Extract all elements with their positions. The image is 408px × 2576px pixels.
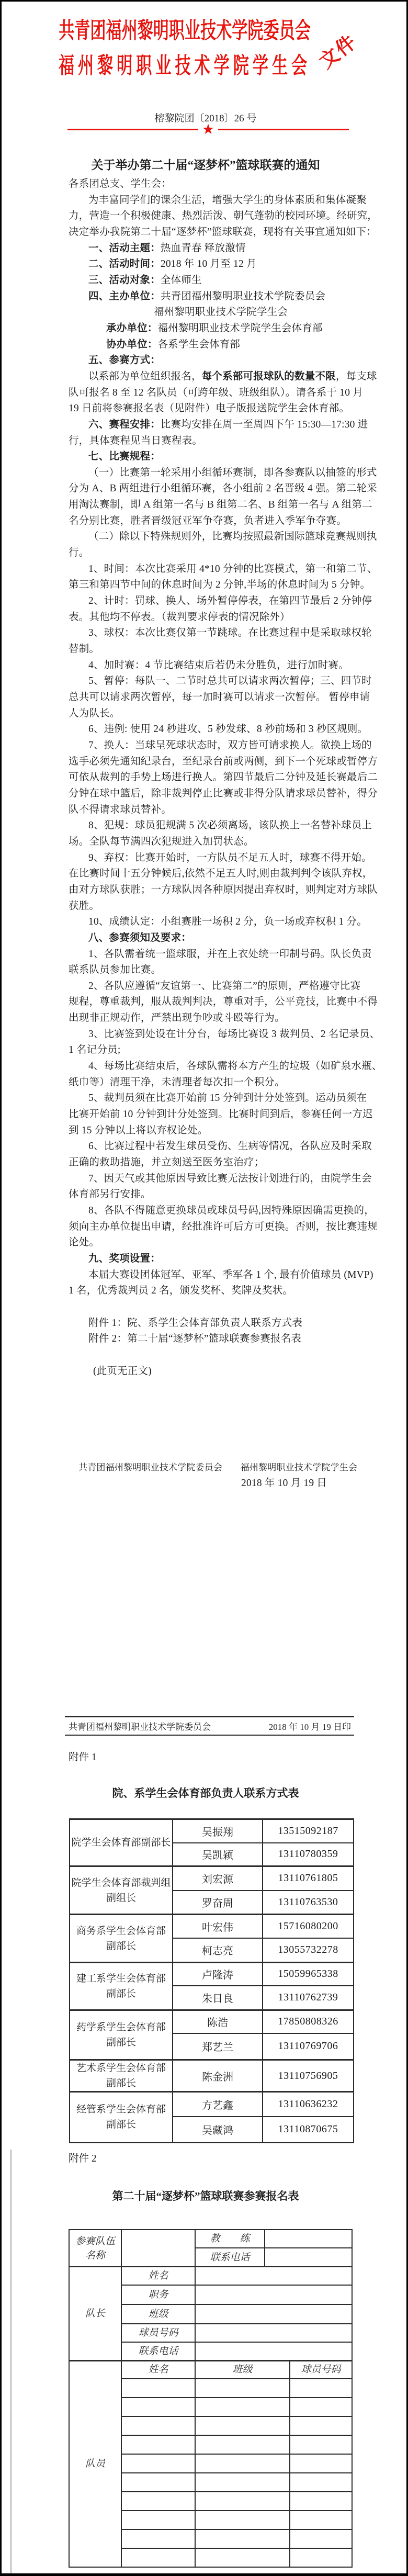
body-text: （二）除以下特殊规则外，比赛均按照最新国际篮球竞赛规则执	[88, 531, 377, 542]
body-text: 正确的救助措施，并立刻送至医务室治疗；	[69, 1157, 264, 1168]
contact-name: 郑艺兰	[173, 2033, 263, 2060]
body-text-bold: 八、参赛须知及要求：	[88, 932, 191, 943]
body-text: 4、加时赛：4 节比赛结束后若仍未分胜负，进行加时赛。	[88, 660, 349, 671]
body-line: 须向主办单位提出申请，经批准许可后方可更换。否则，按比赛违规	[69, 1219, 355, 1235]
body-line: 九、奖项设置：	[69, 1251, 355, 1267]
footer-print-date: 2018 年 10 月 19 日印	[269, 1719, 351, 1733]
contact-row: 艺术系学生会体育部 副部长陈金洲13110756905	[70, 2060, 354, 2092]
contact-name: 卢隆涛	[173, 1963, 263, 1986]
body-line: 纸巾等）清理干净，未清理者每次扣一个积分。	[69, 1075, 355, 1091]
team-name-label: 参赛队伍 名称	[69, 2230, 121, 2267]
body-line: （二）除以下特殊规则外，比赛均按照最新国际篮球竞赛规则执	[69, 529, 355, 545]
body-text: 19 日前将参赛报名表（见附件）电子版报送院学生会体育部。	[69, 403, 349, 414]
body-line	[69, 1347, 355, 1364]
document-title: 关于举办第二十届“逐梦杯”篮球联赛的通知	[2, 155, 408, 173]
member-number-blank	[290, 2398, 352, 2416]
body-text: 2、各队应遵循“友谊第一、比赛第二”的原则，严格遵守比赛	[88, 981, 360, 992]
body-text: 人为队长。	[69, 708, 120, 719]
page-footer: 共青团福州黎明职业技术学院委员会 2018 年 10 月 19 日印	[65, 1716, 354, 1736]
body-text: 5、裁判员须在比赛开始前 15 分钟到计分处签到。运动员须在	[88, 1093, 367, 1104]
body-line: 到 15 分钟以上将以弃权论处。	[69, 1123, 355, 1139]
member-class-blank	[195, 2454, 290, 2473]
captain-field-label: 球员号码	[121, 2324, 195, 2342]
member-name-blank	[121, 2454, 195, 2473]
body-text: 5、暂停：每队一、二节时总共可以请求两次暂停；三、四节时	[88, 676, 372, 687]
body-line: 以系部为单位组织报名，每个系部可报球队的数量不限，每支球	[69, 369, 355, 385]
body-text: 共青团福州黎明职业技术学院委员会	[161, 291, 325, 302]
body-text: 须向主办单位提出申请，经批准许可后方可更换。否则，按比赛违规	[69, 1221, 378, 1232]
body-line: 决定举办我院第二十届“逐梦杯”篮球联赛，现将有关事宜通知如下：	[69, 224, 355, 241]
contact-role: 艺术系学生会体育部 副部长	[70, 2060, 173, 2092]
registration-form-body: 参赛队伍 名称教 练联系电话队长姓名职务班级球员号码联系电话队员姓名班级球员号码	[69, 2230, 352, 2567]
body-line: 表。其他均不停表。（裁判要求停表的情况除外）	[69, 610, 355, 626]
member-number-blank	[290, 2548, 352, 2567]
captain-field-blank	[195, 2285, 352, 2304]
body-text: 1 名记分员;	[69, 1044, 120, 1055]
body-line: 5、裁判员须在比赛开始前 15 分钟到计分处签到。运动员须在	[69, 1090, 355, 1107]
contact-name: 朱日良	[173, 1986, 263, 2010]
body-text-bold: 协办单位：	[106, 339, 158, 350]
contact-table: 院学生会体育部副部长吴振翔13515092187吴凯颖13110780359院学…	[69, 1818, 354, 2143]
contact-phone: 15716080200	[263, 1915, 354, 1938]
body-text: 6、违例: 使用 24 秒进攻、5 秒发球、8 秒前场和 3 秒区规则。	[88, 724, 368, 735]
body-line: 6、违例: 使用 24 秒进攻、5 秒发球、8 秒前场和 3 秒区规则。	[69, 722, 355, 738]
body-line: 7、换人：当球呈死球状态时，双方皆可请求换人。欲换上场的	[69, 738, 355, 754]
body-text: 行。	[69, 547, 89, 558]
body-line: 附件 1：院、系学生会体育部负责人联系方式表	[69, 1315, 355, 1332]
body-text: 力，营造一个积极健康、热烈活泼、朝气蓬勃的校园环境。经研究，	[69, 210, 378, 221]
member-name-blank	[121, 2379, 195, 2398]
body-line: 4、每场比赛结束后，各球队需将本方产生的垃圾（如矿泉水瓶、	[69, 1059, 355, 1075]
body-text: 为丰富同学们的课余生活，增强大学生的身体素质和集体凝聚	[88, 195, 367, 206]
body-text-bold: 七、比赛规程：	[88, 451, 161, 462]
body-line	[69, 1299, 355, 1315]
body-text: 第三和第四节中间的休息时间为 2 分钟,半场的休息时间为 5 分钟。	[69, 579, 370, 590]
body-line: 3、球权：本次比赛仅第一节跳球。在比赛过程中是采取球权轮	[69, 625, 355, 642]
body-line: 队不得请求球员替补。	[69, 802, 355, 818]
contact-phone: 13110761805	[263, 1866, 354, 1891]
body-line: 队可报名 8 至 12 名队员（可跨年级、班级组队）。请各系于 10 月	[69, 385, 355, 401]
body-line: 一、活动主题：热血青春 释放激情	[69, 241, 355, 257]
member-name-blank	[121, 2473, 195, 2492]
contact-name: 吴凯颖	[173, 1843, 263, 1866]
body-line: 承办单位：福州黎明职业技术学院学生会体育部	[69, 321, 355, 337]
body-text: 3、球权：本次比赛仅第一节跳球。在比赛过程中是采取球权轮	[88, 627, 372, 638]
body-text: (此页无正文)	[93, 1366, 152, 1377]
footer-rule-bottom	[65, 1735, 354, 1736]
contact-name: 吴藏鸿	[173, 2117, 263, 2143]
member-class-blank	[195, 2435, 290, 2454]
body-line: (此页无正文)	[69, 1364, 355, 1380]
scanned-official-document: 共青团福州黎明职业技术学院委员会 福州黎明职业技术学院学生会 文件 榕黎院团〔2…	[0, 0, 408, 2576]
body-line: 6、比赛过程中若发生球员受伤、生病等情况，各队应及时采取	[69, 1139, 355, 1155]
member-col-name: 姓名	[121, 2360, 195, 2379]
body-line: 七、比赛规程：	[69, 449, 355, 465]
coach-label: 教 练	[195, 2230, 265, 2248]
member-class-blank	[195, 2398, 290, 2416]
body-line: 八、参赛须知及要求：	[69, 930, 355, 947]
member-number-blank	[290, 2473, 352, 2492]
body-text: 队不得请求球员替补。	[69, 804, 172, 815]
body-text: 各系学生会体育部	[158, 339, 241, 350]
body-line: 各系团总支、学生会：	[69, 176, 355, 193]
body-line	[69, 1412, 355, 1428]
contact-name: 陈浩	[173, 2010, 263, 2033]
attachment1-label: 附件 1	[69, 1749, 97, 1763]
member-number-blank	[290, 2529, 352, 2548]
contact-role: 建工系学生会体育部 副部长	[70, 1963, 173, 2010]
member-number-blank	[290, 2416, 352, 2435]
body-text: 共青团福州黎明职业技术学院委员会 福州黎明职业技术学院学生会	[78, 1463, 357, 1472]
body-line: 为丰富同学们的课余生活，增强大学生的身体素质和集体凝聚	[69, 193, 355, 209]
member-class-blank	[195, 2511, 290, 2529]
body-line: 第三和第四节中间的休息时间为 2 分钟,半场的休息时间为 5 分钟。	[69, 577, 355, 593]
contact-phone: 13110780359	[263, 1843, 354, 1866]
red-letterhead: 共青团福州黎明职业技术学院委员会 福州黎明职业技术学院学生会	[2, 13, 368, 80]
contact-name: 柯志亮	[173, 1938, 263, 1963]
body-line: 获胜。	[69, 898, 355, 915]
captain-field-blank	[195, 2342, 352, 2360]
body-line: 五、参赛方式：	[69, 353, 355, 369]
body-text: 总共可以请求两次暂停，每一加时赛可以请求一次暂停。 暂停申请	[69, 692, 370, 703]
captain-label: 队长	[69, 2267, 121, 2360]
contact-row: 经管系学生会体育部 副部长方艺鑫13110636232	[70, 2092, 354, 2117]
body-text: 场。全队每节满四次犯规进入加罚状态。	[69, 836, 254, 847]
body-text: 1、时间：本次比赛采用 4*10 分钟的比赛模式，第一和第二节、	[88, 564, 377, 575]
body-line: 场。全队每节满四次犯规进入加罚状态。	[69, 834, 355, 850]
contact-name: 罗奋周	[173, 1891, 263, 1915]
body-text: 7、因天气或其他原因导致比赛无法按计划进行的，由院学生会	[88, 1173, 372, 1184]
body-text: 体育部另行安排。	[69, 1189, 151, 1200]
attachment1-title: 院、系学生会体育部负责人联系方式表	[2, 1785, 408, 1801]
divider-line-right	[218, 129, 349, 130]
contact-name: 刘宏源	[173, 1866, 263, 1891]
contact-phone: 17850808326	[263, 2010, 354, 2033]
body-text: 到 15 分钟以上将以弃权论处。	[69, 1125, 208, 1136]
body-line: 体育部另行安排。	[69, 1187, 355, 1203]
body-text: 出现非正规动作，严禁出现争吵或斗殴等行为。	[69, 1013, 285, 1023]
body-text: 9、弃权：比赛开始时，一方队员不足五人时，球赛不得开始。	[88, 852, 372, 863]
body-text: 4、每场比赛结束后，各球队需将本方产生的垃圾（如矿泉水瓶、	[88, 1061, 382, 1072]
body-text: 由对方球队获胜；一方球队因各种原因提出弃权时，则判定对方球队	[69, 884, 378, 895]
body-line: 7、因天气或其他原因导致比赛无法按计划进行的，由院学生会	[69, 1171, 355, 1187]
contact-role: 经管系学生会体育部 副部长	[70, 2092, 173, 2143]
body-text: 各系团总支、学生会：	[69, 178, 172, 189]
body-text-bold: 六、赛程安排：	[88, 419, 161, 430]
body-line: 福州黎明职业技术学院学生会	[69, 305, 355, 321]
member-class-blank	[195, 2548, 290, 2567]
member-name-blank	[121, 2416, 195, 2435]
body-text-bold: 五、参赛方式：	[88, 355, 161, 366]
issuing-org-line2: 福州黎明职业技术学院学生会	[56, 48, 313, 80]
member-name-blank	[121, 2548, 195, 2567]
scan-edge-artifact	[10, 2150, 12, 2574]
body-text-bold: 每个系部可报球队的数量不限	[202, 371, 336, 382]
captain-field-label: 联系电话	[121, 2342, 195, 2360]
member-name-blank	[121, 2398, 195, 2416]
body-line: 正确的救助措施，并立刻送至医务室治疗；	[69, 1155, 355, 1171]
member-name-blank	[121, 2492, 195, 2511]
body-line: 行，具体赛程见当日赛程表。	[69, 433, 355, 449]
member-class-blank	[195, 2492, 290, 2511]
body-line: 2、各队应遵循“友谊第一、比赛第二”的原则，严格遵守比赛	[69, 978, 355, 995]
contact-name: 陈金洲	[173, 2060, 263, 2092]
body-text: 10、成绩认定：小组赛胜一场积 2 分，负一场或弃权积 1 分。	[88, 916, 367, 927]
form-row: 队长姓名	[69, 2267, 352, 2285]
contact-role: 院学生会体育部裁判组 副组长	[70, 1866, 173, 1915]
contact-phone: 13110756905	[263, 2060, 354, 2092]
member-label: 队员	[69, 2360, 121, 2567]
body-line: 力，营造一个积极健康、热烈活泼、朝气蓬勃的校园环境。经研究，	[69, 208, 355, 224]
body-text: 8、犯规：球员犯规满 5 次必须离场，该队换上一名替补球员上	[88, 820, 372, 831]
coach-blank	[265, 2230, 352, 2248]
star-icon: ★	[202, 122, 214, 137]
body-line	[69, 1379, 355, 1396]
body-line: 四、主办单位：共青团福州黎明职业技术学院委员会	[69, 289, 355, 305]
contact-row: 院学生会体育部副部长吴振翔13515092187	[70, 1819, 354, 1843]
body-text: 8、各队不得随意更换球员或球员号码,因特殊原因确需更换的，	[88, 1205, 375, 1216]
body-text: 3、比赛签到处设在计分台，每场比赛设 3 裁判员、2 名记录员、	[88, 1029, 380, 1040]
member-number-blank	[290, 2454, 352, 2473]
body-line: 名分别比赛，胜者晋级冠亚军争夺赛，负者进入季军争夺赛。	[69, 513, 355, 530]
body-text: 选手必须先通知纪录台，至纪录台前或两侧，到下一个死球或暂停方	[69, 756, 378, 767]
captain-field-label: 姓名	[121, 2267, 195, 2285]
body-line: 联系队员参加比赛。	[69, 962, 355, 978]
body-text: 名分别比赛，胜者晋级冠亚军争夺赛，负者进入季军争夺赛。	[69, 515, 347, 526]
body-text: 联系队员参加比赛。	[69, 964, 161, 975]
body-line: 在比赛时间十五分钟候后,依然不足五人时,则由裁判判令该队弃权，	[69, 866, 355, 882]
body-line: 8、各队不得随意更换球员或球员号码,因特殊原因确需更换的，	[69, 1203, 355, 1219]
contact-row: 院学生会体育部裁判组 副组长刘宏源13110761805	[70, 1866, 354, 1891]
attachment2-label: 附件 2	[69, 2150, 97, 2165]
captain-field-label: 职务	[121, 2285, 195, 2304]
member-name-blank	[121, 2511, 195, 2529]
body-line: 六、赛程安排：比赛均安排在周一至周四下午 15:30—17:30 进	[69, 417, 355, 433]
body-text: 福州黎明职业技术学院学生会	[154, 307, 288, 318]
contact-phone: 13110763530	[263, 1891, 354, 1915]
attachment2-title: 第二十届“逐梦杯”篮球联赛参赛报名表	[2, 2188, 408, 2203]
member-number-blank	[290, 2435, 352, 2454]
member-class-blank	[195, 2379, 290, 2398]
body-line: 二、活动时间：2018 年 10 月至 12 月	[69, 256, 355, 273]
body-line: 9、弃权：比赛开始时，一方队员不足五人时，球赛不得开始。	[69, 850, 355, 867]
contact-name: 叶宏伟	[173, 1915, 263, 1938]
body-line: 总共可以请求两次暂停，每一加时赛可以请求一次暂停。 暂停申请	[69, 690, 355, 706]
coach-phone-label: 联系电话	[195, 2248, 265, 2267]
contact-row: 建工系学生会体育部 副部长卢隆涛15059965338	[70, 1963, 354, 1986]
member-col-number: 球员号码	[290, 2360, 352, 2379]
coach-phone-blank	[265, 2248, 352, 2267]
member-name-blank	[121, 2529, 195, 2548]
body-text: 比赛开始前 10 分钟到计分处签到。比赛时间到后，参赛任何一方迟	[69, 1109, 373, 1120]
member-number-blank	[290, 2511, 352, 2529]
body-line: 人为队长。	[69, 706, 355, 722]
contact-phone: 13110636232	[263, 2092, 354, 2117]
body-line: 5、暂停：每队一、二节时总共可以请求两次暂停；三、四节时	[69, 673, 355, 690]
body-line: 用淘汰赛制，即 A 组第一名与 B 组第二名、B 组第一名与 A 组第二	[69, 497, 355, 513]
body-text: 附件 2：第二十届“逐梦杯”篮球联赛参赛报名表	[88, 1333, 301, 1344]
body-text: 分为 A、B 两组进行小组循环赛，各小组前 2 名晋级 4 强。第二轮采	[69, 483, 377, 494]
body-line: 分为 A、B 两组进行小组循环赛，各小组前 2 名晋级 4 强。第二轮采	[69, 481, 355, 497]
contact-phone: 13110762739	[263, 1986, 354, 2010]
body-line: 分钟在球中篮后，除非裁判停止比赛或非得分队请求球员替补，得分	[69, 786, 355, 802]
body-text-bold: 四、主办单位：	[88, 291, 161, 302]
contact-name: 方艺鑫	[173, 2092, 263, 2117]
body-line	[69, 1427, 355, 1444]
body-text: 1、各队需着统一篮球服，并在上衣处统一印制号码。队长负责	[88, 949, 372, 960]
body-text: 7、换人：当球呈死球状态时，双方皆可请求换人。欲换上场的	[88, 740, 372, 751]
body-line: 1 名记分员;	[69, 1042, 355, 1059]
body-text-bold: 三、活动对象：	[88, 275, 161, 286]
body-line: 行。	[69, 545, 355, 561]
body-line: 19 日前将参赛报名表（见附件）电子版报送院学生会体育部。	[69, 401, 355, 417]
body-text: 分钟在球中篮后，除非裁判停止比赛或非得分队请求球员替补，得分	[69, 788, 378, 799]
body-line: 2018 年 10 月 19 日	[69, 1476, 355, 1492]
contact-name: 吴振翔	[173, 1819, 263, 1843]
contact-phone: 13110870675	[263, 2117, 354, 2143]
body-line: 附件 2：第二十届“逐梦杯”篮球联赛参赛报名表	[69, 1331, 355, 1347]
body-text-bold: 承办单位：	[106, 323, 158, 334]
member-number-blank	[290, 2492, 352, 2511]
captain-field-label: 班级	[121, 2304, 195, 2324]
body-text: 论处。	[69, 1237, 99, 1248]
member-number-blank	[290, 2379, 352, 2398]
body-text: 行，具体赛程见当日赛程表。	[69, 435, 202, 446]
contact-phone: 13110769706	[263, 2033, 354, 2060]
body-text: 用淘汰赛制，即 A 组第一名与 B 组第二名、B 组第一名与 A 组第二	[69, 499, 372, 510]
body-text-bold: 二、活动时间：	[88, 258, 161, 269]
body-line: 1 名，优秀裁判员 2 名，颁发奖杯、奖牌及奖状。	[69, 1283, 355, 1299]
divider-line-left	[67, 129, 198, 130]
team-name-blank	[121, 2230, 195, 2267]
body-text-bold: 一、活动主题：	[88, 243, 161, 254]
body-line: 4、加时赛：4 节比赛结束后若仍未分胜负，进行加时赛。	[69, 658, 355, 674]
body-line: 1、各队需着统一篮球服，并在上衣处统一印制号码。队长负责	[69, 947, 355, 963]
body-line: 可依从裁判的手势上场进行换人。第四节最后二分钟及延长赛最后二	[69, 770, 355, 786]
footer-issuer: 共青团福州黎明职业技术学院委员会	[69, 1719, 211, 1733]
body-line: 8、犯规：球员犯规满 5 次必须离场，该队换上一名替补球员上	[69, 818, 355, 834]
body-text: 表。其他均不停表。（裁判要求停表的情况除外）	[69, 612, 290, 623]
body-line: 比赛开始前 10 分钟到计分处签到。比赛时间到后，参赛任何一方迟	[69, 1107, 355, 1123]
body-line	[69, 1396, 355, 1412]
member-name-blank	[121, 2435, 195, 2454]
body-text: 可依从裁判的手势上场进行换人。第四节最后二分钟及延长赛最后二	[69, 772, 378, 783]
body-line: 论处。	[69, 1235, 355, 1251]
form-row: 队员姓名班级球员号码	[69, 2360, 352, 2379]
member-class-blank	[195, 2416, 290, 2435]
contact-phone: 13055732278	[263, 1938, 354, 1963]
body-text: 福州黎明职业技术学院学生会体育部	[158, 323, 323, 334]
body-line: 10、成绩认定：小组赛胜一场积 2 分，负一场或弃权积 1 分。	[69, 914, 355, 930]
body-line: 出现非正规动作，严禁出现争吵或斗殴等行为。	[69, 1010, 355, 1027]
document-body: 各系团总支、学生会：为丰富同学们的课余生活，增强大学生的身体素质和集体凝聚力，营…	[69, 176, 355, 1492]
captain-field-blank	[195, 2304, 352, 2324]
body-text: 队可报名 8 至 12 名队员（可跨年级、班级组队）。请各系于 10 月	[69, 387, 363, 398]
contact-row: 商务系学生会体育部 副部长叶宏伟15716080200	[70, 1915, 354, 1938]
contact-phone: 13515092187	[263, 1819, 354, 1843]
body-text: 全体师生	[161, 275, 202, 286]
body-line	[69, 1444, 355, 1460]
body-text: 获胜。	[69, 901, 99, 912]
contact-role: 商务系学生会体育部 副部长	[70, 1915, 173, 1963]
body-text: 在比赛时间十五分钟候后,依然不足五人时,则由裁判判令该队弃权，	[69, 868, 372, 879]
body-text: 纸巾等）清理干净，未清理者每次扣一个积分。	[69, 1077, 285, 1088]
body-line: 规程，尊重裁判，服从裁判判决，尊重对手，公平竞技，比赛中不得	[69, 994, 355, 1010]
body-line: （一）比赛第一轮采用小组循环赛制，即各参赛队以抽签的形式	[69, 465, 355, 481]
body-text: 附件 1：院、系学生会体育部负责人联系方式表	[88, 1318, 302, 1329]
registration-form-table: 参赛队伍 名称教 练联系电话队长姓名职务班级球员号码联系电话队员姓名班级球员号码	[69, 2229, 353, 2568]
body-text: 决定举办我院第二十届“逐梦杯”篮球联赛，现将有关事宜通知如下：	[69, 227, 377, 238]
body-text: 2018 年 10 月 19 日	[241, 1478, 327, 1489]
body-text: 本届大赛设团体冠军、亚军、季军各 1 个, 最有价值球员 (MVP)	[88, 1269, 373, 1280]
body-text: ，每支球	[336, 371, 377, 382]
contact-table-body: 院学生会体育部副部长吴振翔13515092187吴凯颖13110780359院学…	[70, 1819, 354, 2143]
body-line: 本届大赛设团体冠军、亚军、季军各 1 个, 最有价值球员 (MVP)	[69, 1267, 355, 1284]
red-divider: ★	[67, 122, 349, 137]
body-text: 替制。	[69, 644, 99, 655]
body-line: 选手必须先通知纪录台，至纪录台前或两侧，到下一个死球或暂停方	[69, 754, 355, 770]
contact-phone: 15059965338	[263, 1963, 354, 1986]
body-text: 2、计时：罚球、换人、场外暂停停表，在第四节最后 2 分钟停	[88, 595, 372, 606]
body-line: 三、活动对象：全体师生	[69, 273, 355, 289]
body-line: 替制。	[69, 642, 355, 658]
body-line: 3、比赛签到处设在计分台，每场比赛设 3 裁判员、2 名记录员、	[69, 1027, 355, 1043]
member-class-blank	[195, 2529, 290, 2548]
body-text: 比赛均安排在周一至周四下午 15:30—17:30 进	[161, 419, 368, 430]
captain-field-blank	[195, 2324, 352, 2342]
contact-role: 药学系学生会体育部 副部长	[70, 2010, 173, 2060]
body-text: 热血青春 释放激情	[161, 243, 246, 254]
body-text: 以系部为单位组织报名，	[88, 371, 202, 382]
body-text-bold: 九、奖项设置：	[88, 1253, 161, 1264]
body-text: 规程，尊重裁判，服从裁判判决，尊重对手，公平竞技，比赛中不得	[69, 996, 378, 1007]
body-text: 2018 年 10 月至 12 月	[161, 258, 257, 269]
body-text: 6、比赛过程中若发生球员受伤、生病等情况，各队应及时采取	[88, 1141, 372, 1152]
body-text: （一）比赛第一轮采用小组循环赛制，即各参赛队以抽签的形式	[88, 467, 377, 478]
body-line: 协办单位：各系学生会体育部	[69, 337, 355, 353]
contact-row: 药学系学生会体育部 副部长陈浩17850808326	[70, 2010, 354, 2033]
issuing-org-line1: 共青团福州黎明职业技术学院委员会	[56, 13, 313, 45]
form-row: 参赛队伍 名称教 练	[69, 2230, 352, 2248]
body-line: 共青团福州黎明职业技术学院委员会 福州黎明职业技术学院学生会	[69, 1460, 355, 1476]
member-class-blank	[195, 2473, 290, 2492]
captain-field-blank	[195, 2267, 352, 2285]
member-col-class: 班级	[195, 2360, 290, 2379]
body-line: 由对方球队获胜；一方球队因各种原因提出弃权时，则判定对方球队	[69, 882, 355, 898]
contact-role: 院学生会体育部副部长	[70, 1819, 173, 1866]
body-line: 2、计时：罚球、换人、场外暂停停表，在第四节最后 2 分钟停	[69, 593, 355, 610]
body-line: 1、时间：本次比赛采用 4*10 分钟的比赛模式，第一和第二节、	[69, 561, 355, 578]
body-text: 1 名，优秀裁判员 2 名，颁发奖杯、奖牌及奖状。	[69, 1285, 293, 1296]
